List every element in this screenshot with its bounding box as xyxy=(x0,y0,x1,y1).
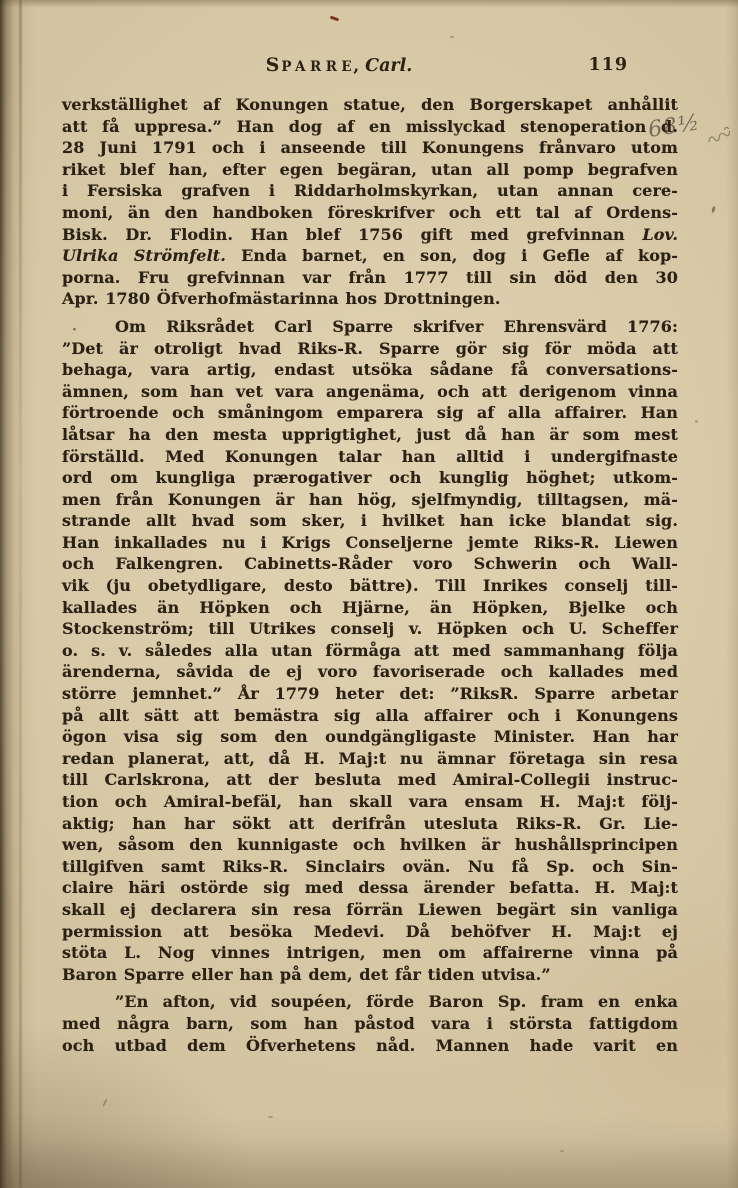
text-line: större jemnhet.” År 1779 heter det: ”Rik… xyxy=(62,683,678,705)
text-line: stöta L. Nog vinnes intrigen, men om aff… xyxy=(62,942,678,964)
body-text: verkställighet af Konungen statue, den B… xyxy=(62,94,678,1056)
text-line: förtroende och småningom emparera sig af… xyxy=(62,402,678,424)
text-line: i Fersiska grafven i Riddarholmskyrkan, … xyxy=(62,180,678,202)
header-lastname-initial: S xyxy=(266,54,282,76)
scanned-book-page: SPARRE,Carl. 119 68½ · verkställighet af… xyxy=(0,0,738,1188)
paper-speck xyxy=(450,36,454,39)
text-line: verkställighet af Konungen statue, den B… xyxy=(62,94,678,116)
text-line: ord om kungliga prærogativer och kunglig… xyxy=(62,467,678,489)
text-line: kallades än Höpken och Hjärne, än Höpken… xyxy=(62,597,678,619)
text-line: Baron Sparre eller han på dem, det får t… xyxy=(62,964,678,986)
text-line: ”En afton, vid soupéen, förde Baron Sp. … xyxy=(62,991,678,1013)
text-line: behaga, vara artig, endast utsöka sådane… xyxy=(62,359,678,381)
text-line: låtsar ha den mesta upprigtighet, just d… xyxy=(62,424,678,446)
paper-speck xyxy=(102,1098,108,1107)
text-line: till Carlskrona, att der besluta med Ami… xyxy=(62,769,678,791)
text-line: men från Konungen är han hög, sjelfmyndi… xyxy=(62,489,678,511)
text-line: aktig; han har sökt att derifrån uteslut… xyxy=(62,813,678,835)
text-line: ögon visa sig som den oundgängligaste Mi… xyxy=(62,726,678,748)
text-line: Ulrika Strömfelt. Enda barnet, en son, d… xyxy=(62,245,678,267)
binding-crease xyxy=(19,0,22,1188)
italic-text: Lov. xyxy=(642,225,678,244)
paper-speck xyxy=(560,1150,564,1152)
paper-fold-shading xyxy=(0,1115,738,1188)
paragraph: verkställighet af Konungen statue, den B… xyxy=(62,94,678,310)
text-line: Bisk. Dr. Flodin. Han blef 1756 gift med… xyxy=(62,224,678,246)
paragraph: Om Riksrådet Carl Sparre skrifver Ehrens… xyxy=(62,316,678,985)
text-line: med några barn, som han påstod vara i st… xyxy=(62,1013,678,1035)
text-line: vik (ju obetydligare, desto bättre). Til… xyxy=(62,575,678,597)
text-line: skall ej declarera sin resa förrän Liewe… xyxy=(62,899,678,921)
running-header: SPARRE,Carl. xyxy=(0,54,678,76)
text-line: och Falkengren. Cabinetts-Råder voro Sch… xyxy=(62,553,678,575)
text-line: ämnen, som han vet vara angenäma, och at… xyxy=(62,381,678,403)
paragraph: ”En afton, vid soupéen, förde Baron Sp. … xyxy=(62,991,678,1056)
text-line: Han inkallades nu i Krigs Conseljerne je… xyxy=(62,532,678,554)
paper-speck xyxy=(268,1116,273,1118)
text-line: strande allt hvad som sker, i hvilket ha… xyxy=(62,510,678,532)
text-line: riket blef han, efter egen begäran, utan… xyxy=(62,159,678,181)
pencil-scribble-icon xyxy=(704,125,733,147)
text-line: tion och Amiral-befäl, han skall vara en… xyxy=(62,791,678,813)
text-line: tillgifven samt Riks-R. Sinclairs ovän. … xyxy=(62,856,678,878)
text-line: o. s. v. således alla utan förmåga att m… xyxy=(62,640,678,662)
text-line: på allt sätt att bemästra sig alla affai… xyxy=(62,705,678,727)
paper-speck xyxy=(711,206,716,214)
header-lastname-rest: PARRE xyxy=(281,59,356,75)
header-firstname: Carl. xyxy=(365,56,412,76)
text-line: ”Det är otroligt hvad Riks-R. Sparre gör… xyxy=(62,338,678,360)
text-line: permission att besöka Medevi. Då behöfve… xyxy=(62,921,678,943)
text-line: wen, såsom den kunnigaste och hvilken är… xyxy=(62,834,678,856)
text-line: 28 Juni 1791 och i anseende till Konunge… xyxy=(62,137,678,159)
italic-text: Ulrika Strömfelt. xyxy=(62,246,226,265)
paper-speck xyxy=(695,420,698,423)
text-line: och utbad dem Öfverhetens nåd. Mannen ha… xyxy=(62,1035,678,1057)
text-line: moni, än den handboken föreskrifver och … xyxy=(62,202,678,224)
text-line: att få uppresa.” Han dog af en misslycka… xyxy=(62,116,678,138)
header-separator: , xyxy=(353,56,359,76)
text-line: porna. Fru grefvinnan var från 1777 till… xyxy=(62,267,678,289)
paper-speck xyxy=(330,16,339,22)
page-number: 119 xyxy=(588,55,628,75)
text-line: Stockenström; till Utrikes conselj v. Hö… xyxy=(62,618,678,640)
text-line: claire häri ostörde sig med dessa ärende… xyxy=(62,877,678,899)
text-line: förställd. Med Konungen talar han alltid… xyxy=(62,446,678,468)
text-line: ärenderna, såvida de ej voro favoriserad… xyxy=(62,661,678,683)
text-line: redan planerat, att, då H. Maj:t nu ämna… xyxy=(62,748,678,770)
text-line: Apr. 1780 Öfverhofmästarinna hos Drottni… xyxy=(62,288,678,310)
text-line: Om Riksrådet Carl Sparre skrifver Ehrens… xyxy=(62,316,678,338)
